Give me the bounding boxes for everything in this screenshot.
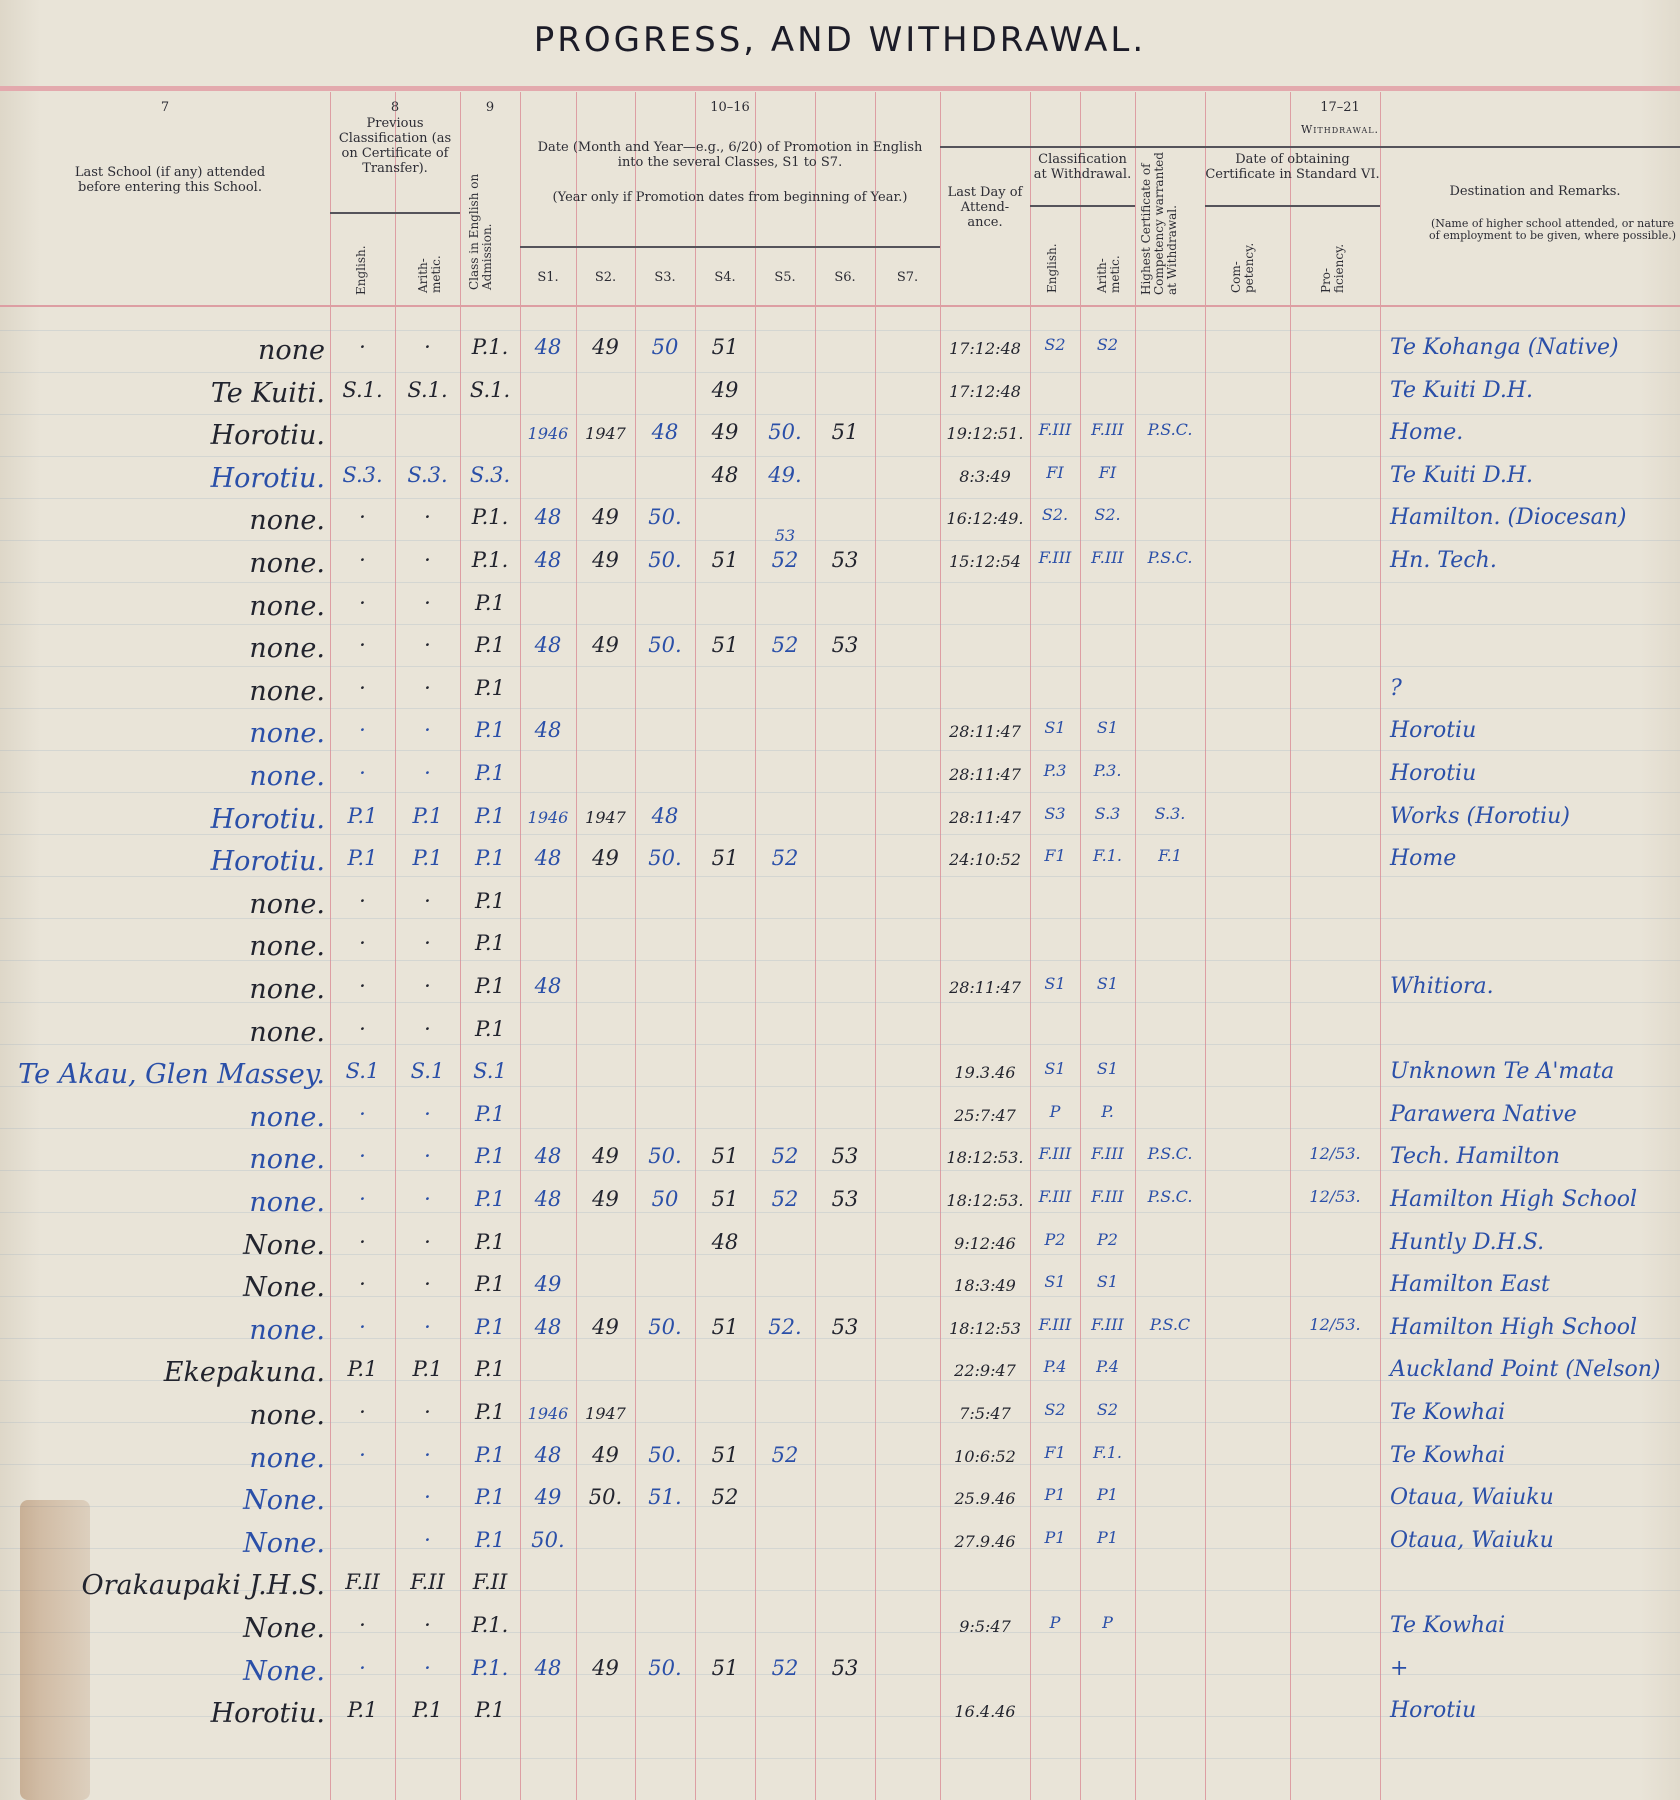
last-day-attendance: 18:12:53. <box>940 1148 1030 1167</box>
class-on-admission: S.3. <box>460 463 520 487</box>
withdrawal-english: S3 <box>1030 804 1080 823</box>
prev-arith: · <box>395 718 460 742</box>
last-school: none. <box>10 591 325 622</box>
prev-arith: · <box>395 1272 460 1296</box>
prev-english: · <box>330 1315 395 1339</box>
withdrawal-arith: F.III <box>1080 1144 1135 1163</box>
ruled-line <box>0 414 1680 415</box>
destination-remarks: Hamilton East <box>1390 1272 1680 1297</box>
withdrawal-arith: S2 <box>1080 1400 1135 1419</box>
last-day-attendance: 16:12:49. <box>940 509 1030 528</box>
class-on-admission: P.1 <box>460 1315 520 1339</box>
destination-remarks: Hamilton High School <box>1390 1187 1680 1212</box>
column-rule <box>1380 92 1381 1800</box>
highest-cert-label: Highest Certificate of Competency warran… <box>1140 150 1200 295</box>
last-school: Horotiu. <box>10 804 325 835</box>
col10-16-number: 10–16 <box>520 100 940 115</box>
last-day-attendance: 17:12:48 <box>940 382 1030 401</box>
destination-remarks: Horotiu <box>1390 1698 1680 1723</box>
destination-remarks: Hamilton. (Diocesan) <box>1390 505 1680 530</box>
destination-remarks: Hamilton High School <box>1390 1315 1680 1340</box>
prev-english: F.II <box>330 1570 395 1594</box>
last-day-attendance: 18:3:49 <box>940 1276 1030 1295</box>
promotion-s4: 51 <box>695 1656 755 1680</box>
std6-date-label: Date of obtaining Certificate in Standar… <box>1205 152 1380 182</box>
class-header-s7: S7. <box>875 270 940 285</box>
last-school: none. <box>10 1400 325 1431</box>
promotion-s3: 50. <box>635 1443 695 1467</box>
prev-english: · <box>330 1613 395 1637</box>
last-school: None. <box>10 1656 325 1687</box>
last-day-attendance: 28:11:47 <box>940 722 1030 741</box>
last-school: none. <box>10 889 325 920</box>
promotion-s1: 48 <box>520 1443 576 1467</box>
promotion-s6: 53 <box>815 1187 875 1211</box>
withdrawal-arith: F.III <box>1080 1315 1135 1334</box>
last-day-attendance: 9:5:47 <box>940 1617 1030 1636</box>
prev-arith: · <box>395 1144 460 1168</box>
class-on-admission: P.1 <box>460 1485 520 1509</box>
header-divider <box>330 212 460 214</box>
top-rule <box>0 86 1680 91</box>
promotion-s1: 48 <box>520 548 576 572</box>
promotion-s5: 52 <box>755 1656 815 1680</box>
class-on-admission: S.1. <box>460 378 520 402</box>
promotion-s2: 49 <box>576 1443 635 1467</box>
last-day-attendance: 9:12:46 <box>940 1234 1030 1253</box>
class-on-admission: P.1. <box>460 335 520 359</box>
destination-remarks: Parawera Native <box>1390 1102 1680 1127</box>
last-day-attendance: 27.9.46 <box>940 1532 1030 1551</box>
withdrawal-arith: S1 <box>1080 1272 1135 1291</box>
promotion-s5: 52 <box>755 633 815 657</box>
promotion-s3: 50. <box>635 548 695 572</box>
prev-english: · <box>330 633 395 657</box>
prev-arith: F.II <box>395 1570 460 1594</box>
promotion-s4: 51 <box>695 1315 755 1339</box>
promotion-s3: 48 <box>635 804 695 828</box>
promotion-s4: 51 <box>695 1187 755 1211</box>
withdrawal-english: F1 <box>1030 1443 1080 1462</box>
last-school: Horotiu. <box>10 420 325 451</box>
promotion-s2: 1947 <box>576 424 635 443</box>
last-school: Horotiu. <box>10 846 325 877</box>
promotion-s3: 50. <box>635 1656 695 1680</box>
highest-certificate: S.3. <box>1135 804 1205 823</box>
class-on-admission: P.1 <box>460 931 520 955</box>
withdrawal-arith: F.1. <box>1080 1443 1135 1462</box>
promotion-s3: 50 <box>635 335 695 359</box>
prev-english: · <box>330 505 395 529</box>
last-school: none. <box>10 1017 325 1048</box>
last-school: Horotiu. <box>10 1698 325 1729</box>
prev-arith: · <box>395 761 460 785</box>
prev-english: · <box>330 1102 395 1126</box>
prev-english: · <box>330 718 395 742</box>
promotion-s3: 50. <box>635 505 695 529</box>
class-header-s1: S1. <box>520 270 576 285</box>
withdrawal-english: P <box>1030 1613 1080 1632</box>
promotion-s6: 51 <box>815 420 875 444</box>
promotion-s5: 49. <box>755 463 815 487</box>
col8-arith: Arith-metic. <box>417 228 447 293</box>
class-on-admission: S.1 <box>460 1059 520 1083</box>
promotion-s4: 48 <box>695 463 755 487</box>
w-english-label: English. <box>1046 225 1059 293</box>
ruled-line <box>0 498 1680 499</box>
promotion-s4: 51 <box>695 335 755 359</box>
promotion-s4: 51 <box>695 846 755 870</box>
promotion-s1: 48 <box>520 1144 576 1168</box>
promotion-s6: 53 <box>815 1144 875 1168</box>
prev-english: S.1 <box>330 1059 395 1083</box>
withdrawal-arith: P. <box>1080 1102 1135 1121</box>
column-rule <box>1205 92 1206 1800</box>
withdrawal-english: F1 <box>1030 846 1080 865</box>
ruled-line <box>0 624 1680 625</box>
last-day-attendance: 25:7:47 <box>940 1106 1030 1125</box>
prev-english: · <box>330 1187 395 1211</box>
withdrawal-arith: P.4 <box>1080 1357 1135 1376</box>
withdrawal-english: F.III <box>1030 1144 1080 1163</box>
prev-english: · <box>330 1017 395 1041</box>
proficiency-label: Pro-ficiency. <box>1320 225 1350 293</box>
col8-english: English. <box>355 220 368 295</box>
last-school: Te Kuiti. <box>10 378 325 409</box>
class-on-admission: P.1 <box>460 718 520 742</box>
withdrawal-arith: P1 <box>1080 1528 1135 1547</box>
prev-english: · <box>330 1443 395 1467</box>
promotion-s4: 52 <box>695 1485 755 1509</box>
withdrawal-english: FI <box>1030 463 1080 482</box>
prev-arith: · <box>395 505 460 529</box>
last-day-attendance: 16.4.46 <box>940 1702 1030 1721</box>
header-bottom-rule <box>0 305 1680 307</box>
prev-english: · <box>330 1230 395 1254</box>
prev-arith: P.1 <box>395 804 460 828</box>
class-header-s4: S4. <box>695 270 755 285</box>
prev-arith: P.1 <box>395 1357 460 1381</box>
destination-label: Destination and Remarks. <box>1390 184 1680 199</box>
prev-english: P.1 <box>330 1698 395 1722</box>
last-school: none. <box>10 1144 325 1175</box>
prev-arith: · <box>395 1400 460 1424</box>
promotion-s3: 50. <box>635 1315 695 1339</box>
class-header-s2: S2. <box>576 270 635 285</box>
last-school: none. <box>10 1102 325 1133</box>
std6-date: 12/53. <box>1290 1315 1380 1334</box>
prev-arith: S.1. <box>395 378 460 402</box>
promotion-s4: 51 <box>695 548 755 572</box>
class-on-admission: P.1. <box>460 1656 520 1680</box>
destination-remarks: Home. <box>1390 420 1680 445</box>
last-school: none. <box>10 974 325 1005</box>
last-day-attendance: 17:12:48 <box>940 339 1030 358</box>
promotion-s6: 53 <box>815 633 875 657</box>
prev-english: · <box>330 548 395 572</box>
last-school: none. <box>10 761 325 792</box>
withdrawal-english: P.4 <box>1030 1357 1080 1376</box>
withdrawal-english: P1 <box>1030 1485 1080 1504</box>
class-on-admission: P.1 <box>460 1528 520 1552</box>
withdrawal-english: S1 <box>1030 1272 1080 1291</box>
withdrawal-english: S2. <box>1030 505 1080 524</box>
class-on-admission: P.1 <box>460 1400 520 1424</box>
prev-arith: · <box>395 974 460 998</box>
promotion-s5: 52 <box>755 846 815 870</box>
promotion-s2: 49 <box>576 1656 635 1680</box>
prev-arith: · <box>395 1528 460 1552</box>
last-school: none. <box>10 633 325 664</box>
withdrawal-english: F.III <box>1030 1187 1080 1206</box>
promotion-s2: 1947 <box>576 1404 635 1423</box>
page-title: PROGRESS, AND WITHDRAWAL. <box>0 20 1680 60</box>
prev-arith: · <box>395 335 460 359</box>
last-school: none. <box>10 548 325 579</box>
withdrawal-arith: F.1. <box>1080 846 1135 865</box>
withdrawal-arith: P2 <box>1080 1230 1135 1249</box>
withdrawal-english: S2 <box>1030 335 1080 354</box>
destination-remarks: Unknown Te A'mata <box>1390 1059 1680 1084</box>
promotion-s3: 51. <box>635 1485 695 1509</box>
promotion-s4: 49 <box>695 378 755 402</box>
class-on-admission: F.II <box>460 1570 520 1594</box>
header-divider <box>1205 205 1380 207</box>
prev-english: P.1 <box>330 1357 395 1381</box>
last-school: none. <box>10 1315 325 1346</box>
destination-remarks: Home <box>1390 846 1680 871</box>
class-on-admission: P.1 <box>460 1698 520 1722</box>
class-on-admission: P.1 <box>460 846 520 870</box>
promotion-s1: 49 <box>520 1485 576 1509</box>
destination-remarks: Auckland Point (Nelson) <box>1390 1357 1680 1382</box>
last-school: None. <box>10 1230 325 1261</box>
prev-arith: P.1 <box>395 1698 460 1722</box>
promotion-s5-correction: 53 <box>755 526 815 545</box>
prev-english: S.3. <box>330 463 395 487</box>
class-on-admission: P.1. <box>460 548 520 572</box>
last-day-attendance: 15:12:54 <box>940 552 1030 571</box>
ruled-line <box>0 792 1680 793</box>
promotion-s1: 1946 <box>520 424 576 443</box>
destination-remarks: Hn. Tech. <box>1390 548 1680 573</box>
last-school: Te Akau, Glen Massey. <box>10 1059 325 1090</box>
withdrawal-arith: S.3 <box>1080 804 1135 823</box>
last-day-attendance: 22:9:47 <box>940 1361 1030 1380</box>
destination-note: (Name of higher school attended, or natu… <box>1425 218 1680 242</box>
class-on-admission: P.1 <box>460 1017 520 1041</box>
promotion-s1: 50. <box>520 1528 576 1552</box>
col9-label: Class in English on Admission. <box>468 150 502 290</box>
last-day-attendance: 7:5:47 <box>940 1404 1030 1423</box>
class-on-admission: P.1 <box>460 633 520 657</box>
destination-remarks: Huntly D.H.S. <box>1390 1230 1680 1255</box>
class-header-s5: S5. <box>755 270 815 285</box>
ruled-line <box>0 582 1680 583</box>
promotion-s5: 52 <box>755 548 815 572</box>
prev-arith: · <box>395 1017 460 1041</box>
ruled-line <box>0 330 1680 331</box>
prev-english: · <box>330 1272 395 1296</box>
class-on-admission: P.1 <box>460 804 520 828</box>
promotion-s1: 48 <box>520 1187 576 1211</box>
destination-remarks: Whitiora. <box>1390 974 1680 999</box>
last-school: none. <box>10 1187 325 1218</box>
withdrawal-english: S1 <box>1030 974 1080 993</box>
destination-remarks: Otaua, Waiuku <box>1390 1485 1680 1510</box>
prev-arith: · <box>395 1613 460 1637</box>
class-on-admission: P.1 <box>460 974 520 998</box>
col7-number: 7 <box>0 100 330 115</box>
last-day-attendance: 28:11:47 <box>940 765 1030 784</box>
last-school: none. <box>10 1443 325 1474</box>
class-on-admission: P.1 <box>460 1443 520 1467</box>
promotion-s4: 49 <box>695 420 755 444</box>
promotion-s1: 49 <box>520 1272 576 1296</box>
prev-arith: · <box>395 548 460 572</box>
destination-remarks: Works (Horotiu) <box>1390 804 1680 829</box>
promotion-s5: 50. <box>755 420 815 444</box>
col9-number: 9 <box>460 100 520 115</box>
last-school: none. <box>10 718 325 749</box>
class-on-admission: P.1 <box>460 591 520 615</box>
promotion-s6: 53 <box>815 1315 875 1339</box>
prev-arith: · <box>395 1656 460 1680</box>
last-school: None. <box>10 1272 325 1303</box>
withdrawal-english: S1 <box>1030 718 1080 737</box>
withdrawal-arith: P.3. <box>1080 761 1135 780</box>
column-rule <box>815 92 816 1800</box>
promotion-s1: 48 <box>520 718 576 742</box>
ruled-line <box>0 372 1680 373</box>
destination-remarks: Otaua, Waiuku <box>1390 1528 1680 1553</box>
prev-english: · <box>330 889 395 913</box>
withdrawal-arith: S1 <box>1080 974 1135 993</box>
promotion-s1: 48 <box>520 846 576 870</box>
prev-english: · <box>330 1144 395 1168</box>
last-day-attendance: 19.3.46 <box>940 1063 1030 1082</box>
promotion-s2: 49 <box>576 1144 635 1168</box>
promotion-s4: 51 <box>695 633 755 657</box>
prev-arith: · <box>395 1187 460 1211</box>
promotion-s3: 48 <box>635 420 695 444</box>
withdrawal-arith: F.III <box>1080 1187 1135 1206</box>
last-day-attendance: 28:11:47 <box>940 808 1030 827</box>
highest-certificate: P.S.C. <box>1135 1144 1205 1163</box>
col7-label: Last School (if any) attended before ent… <box>70 165 270 195</box>
col17-21-number: 17–21 <box>1130 100 1550 115</box>
class-header-s6: S6. <box>815 270 875 285</box>
highest-certificate: P.S.C. <box>1135 420 1205 439</box>
promotion-s2: 49 <box>576 335 635 359</box>
prev-english: · <box>330 931 395 955</box>
last-school: None. <box>10 1528 325 1559</box>
col10-16-note: (Year only if Promotion dates from begin… <box>540 190 920 205</box>
last-school: None. <box>10 1613 325 1644</box>
last-school: none. <box>10 931 325 962</box>
withdrawal-arith: F.III <box>1080 420 1135 439</box>
withdrawal-english: P1 <box>1030 1528 1080 1547</box>
promotion-s1: 48 <box>520 633 576 657</box>
promotion-s1: 1946 <box>520 1404 576 1423</box>
class-on-admission: P.1 <box>460 1187 520 1211</box>
ruled-line <box>0 456 1680 457</box>
promotion-s5: 52. <box>755 1315 815 1339</box>
class-on-admission: P.1 <box>460 1144 520 1168</box>
promotion-s2: 49 <box>576 1315 635 1339</box>
column-rule <box>1290 92 1291 1800</box>
std6-date: 12/53. <box>1290 1144 1380 1163</box>
prev-arith: S.1 <box>395 1059 460 1083</box>
destination-remarks: Horotiu <box>1390 761 1680 786</box>
last-school: none. <box>10 505 325 536</box>
competency-label: Com-petency. <box>1230 225 1260 293</box>
promotion-s4: 51 <box>695 1443 755 1467</box>
class-header-s3: S3. <box>635 270 695 285</box>
promotion-s3: 50. <box>635 633 695 657</box>
prev-english: S.1. <box>330 378 395 402</box>
promotion-s2: 49 <box>576 1187 635 1211</box>
destination-remarks: + <box>1390 1656 1680 1681</box>
prev-arith: · <box>395 1102 460 1126</box>
withdrawal-english: S2 <box>1030 1400 1080 1419</box>
promotion-s1: 48 <box>520 1315 576 1339</box>
destination-remarks: Tech. Hamilton <box>1390 1144 1680 1169</box>
prev-arith: · <box>395 676 460 700</box>
highest-certificate: P.S.C. <box>1135 1187 1205 1206</box>
class-on-admission: P.1 <box>460 1230 520 1254</box>
class-on-admission: P.1 <box>460 889 520 913</box>
highest-certificate: P.S.C. <box>1135 548 1205 567</box>
destination-remarks: Te Kohanga (Native) <box>1390 335 1680 360</box>
withdrawal-arith: P <box>1080 1613 1135 1632</box>
prev-arith: · <box>395 1443 460 1467</box>
highest-certificate: P.S.C <box>1135 1315 1205 1334</box>
prev-english: · <box>330 1400 395 1424</box>
prev-arith: S.3. <box>395 463 460 487</box>
promotion-s2: 1947 <box>576 808 635 827</box>
promotion-s3: 50. <box>635 846 695 870</box>
prev-arith: · <box>395 1230 460 1254</box>
withdrawal-arith: F.III <box>1080 548 1135 567</box>
withdrawal-english: P2 <box>1030 1230 1080 1249</box>
withdrawal-arith: S1 <box>1080 718 1135 737</box>
destination-remarks: Te Kuiti D.H. <box>1390 463 1680 488</box>
last-day-attendance: 10:6:52 <box>940 1447 1030 1466</box>
ruled-line <box>0 540 1680 541</box>
promotion-s1: 48 <box>520 335 576 359</box>
column-rule <box>755 92 756 1800</box>
destination-remarks: ? <box>1390 676 1680 701</box>
last-school: Ekepakuna. <box>10 1357 325 1388</box>
promotion-s6: 53 <box>815 1656 875 1680</box>
std6-date: 12/53. <box>1290 1187 1380 1206</box>
withdrawal-english: F.III <box>1030 420 1080 439</box>
col17-21-label: Withdrawal. <box>1130 122 1550 137</box>
last-school: none. <box>10 676 325 707</box>
last-day-attendance: 19:12:51. <box>940 424 1030 443</box>
withdrawal-arith: P1 <box>1080 1485 1135 1504</box>
prev-arith: · <box>395 1485 460 1509</box>
destination-remarks: Te Kowhai <box>1390 1613 1680 1638</box>
promotion-s2: 49 <box>576 846 635 870</box>
prev-arith: P.1 <box>395 846 460 870</box>
withdrawal-english: F.III <box>1030 548 1080 567</box>
last-day-attendance: 24:10:52 <box>940 850 1030 869</box>
withdrawal-arith: S2 <box>1080 335 1135 354</box>
withdrawal-arith: S1 <box>1080 1059 1135 1078</box>
prev-arith: · <box>395 633 460 657</box>
